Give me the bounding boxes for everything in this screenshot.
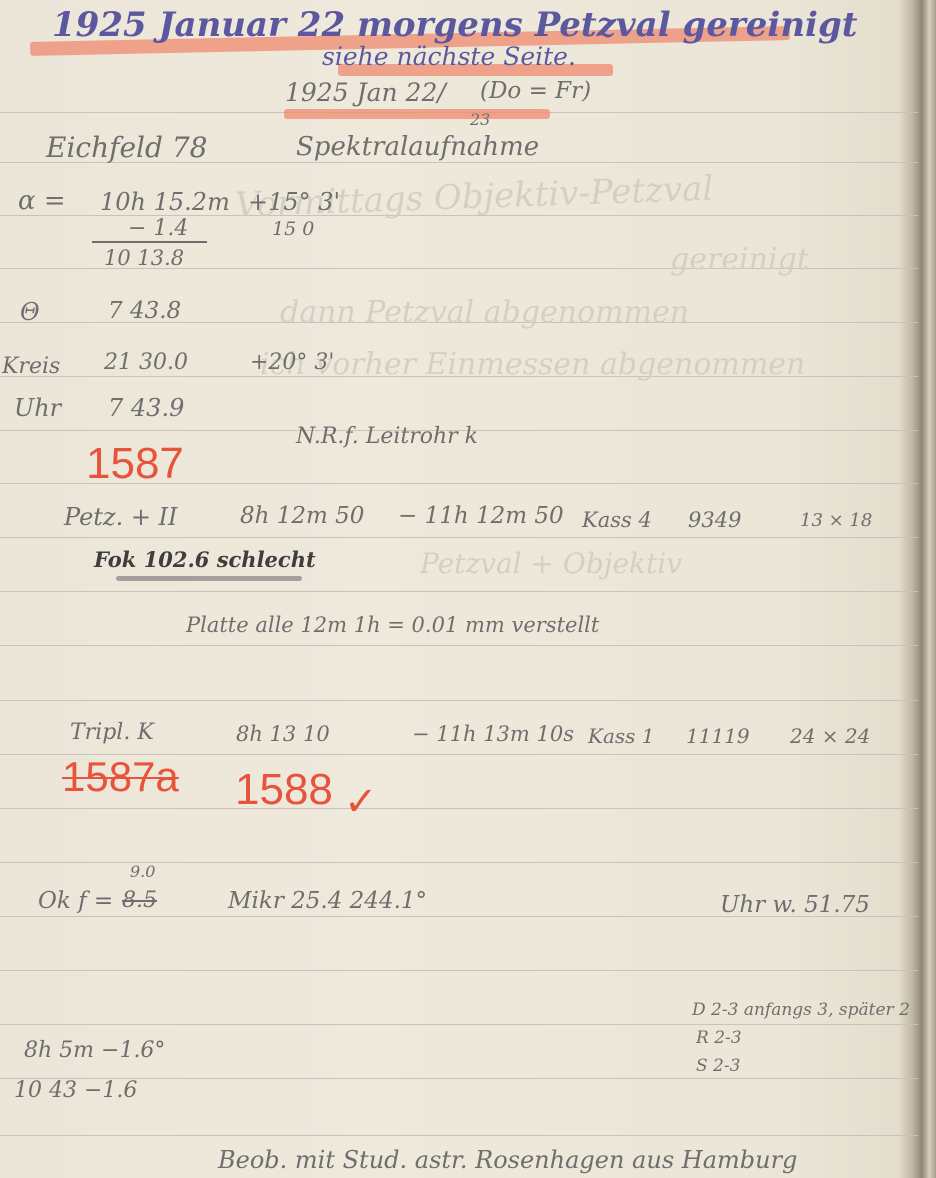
micrometer-reading: Mikr 25.4 244.1° xyxy=(228,890,427,913)
temperature-row: 10 43 −1.6 xyxy=(14,1080,137,1102)
plate1-id: 9349 xyxy=(688,510,741,531)
check-mark-icon: ✓ xyxy=(344,782,378,822)
plate2-cassette: Kass 1 xyxy=(588,726,654,746)
clock-reading: Uhr w. 51.75 xyxy=(720,894,870,917)
header-title: 1925 Januar 22 morgens Petzval gereinigt xyxy=(52,8,857,42)
object-label: Eichfeld 78 xyxy=(46,134,207,162)
bleed-through-text: Petzval + Objektiv xyxy=(420,550,682,578)
ruled-line xyxy=(0,700,918,701)
declination-corrected: 15 0 xyxy=(272,220,314,239)
seeing-r: R 2-3 xyxy=(696,1030,742,1047)
ruled-line xyxy=(0,645,918,646)
bleed-through-text: dann Petzval abgenommen xyxy=(280,298,689,328)
alpha-result: 10 13.8 xyxy=(104,248,184,269)
theta-value: 7 43.8 xyxy=(108,300,181,323)
date-weekday: (Do = Fr) xyxy=(480,80,591,103)
header-subtitle: siehe nächste Seite. xyxy=(322,44,576,69)
plate-number: 1588 xyxy=(235,768,333,812)
temperature-row: 8h 5m −1.6° xyxy=(24,1040,165,1062)
plate1-cassette: Kass 4 xyxy=(582,510,652,531)
bleed-through-text: ich vorher Einmessen abgenommen xyxy=(260,350,805,380)
plate-number-struck: 1587a xyxy=(62,756,179,798)
okular-value: 9.0 xyxy=(130,864,155,880)
ruled-line xyxy=(0,1024,918,1025)
plate2-end: − 11h 13m 10s xyxy=(412,724,574,745)
uhr-value: 7 43.9 xyxy=(108,396,184,420)
alpha-value: 10h 15.2m xyxy=(100,190,230,214)
red-highlight xyxy=(284,109,550,119)
focus-underline xyxy=(116,576,302,581)
plate2-size: 24 × 24 xyxy=(790,726,870,746)
plate2-start: 8h 13 10 xyxy=(236,724,330,745)
seeing-s: S 2-3 xyxy=(696,1058,740,1075)
bleed-through-text: gereinigt xyxy=(670,245,809,275)
seeing-d: D 2-3 anfangs 3, später 2 xyxy=(692,1002,910,1019)
observer-note: Beob. mit Stud. astr. Rosenhagen aus Ham… xyxy=(218,1148,797,1172)
alpha-label: α = xyxy=(18,188,66,214)
ruled-line xyxy=(0,1078,918,1079)
ruled-line xyxy=(0,537,918,538)
date-main: 1925 Jan 22/ xyxy=(285,80,446,105)
date-denominator: 23 xyxy=(470,112,490,128)
ruled-line xyxy=(0,1135,918,1136)
kreis-declination: +20° 3' xyxy=(250,352,334,374)
kreis-label: Kreis xyxy=(2,356,60,378)
plate-shift-note: Platte alle 12m 1h = 0.01 mm verstellt xyxy=(186,615,599,636)
plate1-end: − 11h 12m 50 xyxy=(398,505,564,528)
plate-number: 1587 xyxy=(86,442,184,486)
plate1-instrument: Petz. + II xyxy=(64,505,178,529)
okular-label: Ok f = xyxy=(38,890,113,913)
uhr-label: Uhr xyxy=(14,396,61,420)
alpha-correction: − 1.4 xyxy=(128,218,188,240)
okular-value-struck: 8.5 xyxy=(122,890,157,912)
ruled-line xyxy=(0,591,918,592)
plate2-instrument: Tripl. K xyxy=(70,722,154,744)
plate1-size: 13 × 18 xyxy=(800,512,872,530)
plate1-start: 8h 12m 50 xyxy=(240,505,364,528)
notebook-page: Vormittags Objektiv-Petzval gereinigt da… xyxy=(0,0,936,1178)
sum-line xyxy=(92,241,207,243)
nrf-note: N.R.f. Leitrohr k xyxy=(296,426,478,448)
plate2-id: 11119 xyxy=(686,726,750,746)
ruled-line xyxy=(0,970,918,971)
ruled-line xyxy=(0,808,918,809)
theta-label: Θ xyxy=(20,300,40,324)
focus-note: Fok 102.6 schlecht xyxy=(94,549,316,570)
kreis-value: 21 30.0 xyxy=(104,352,188,374)
object-note: Spektralaufnahme xyxy=(296,134,539,160)
alpha-declination: +15° 3' xyxy=(248,190,340,214)
